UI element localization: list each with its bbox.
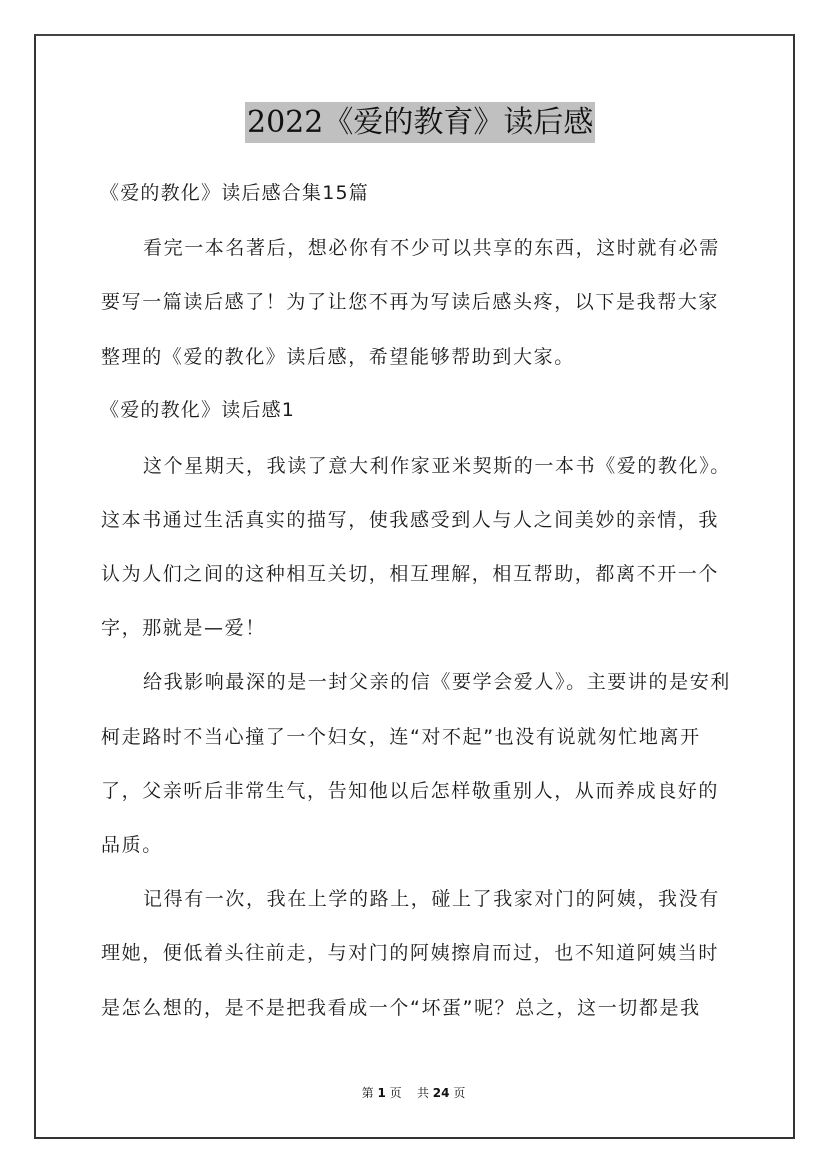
paragraph-line: 品质。 [101, 833, 163, 857]
paragraph-line: 这个星期天，我读了意大利作家亚米契斯的一本书《爱的教化》。 [143, 454, 731, 478]
section-heading: 《爱的教化》读后感1 [100, 398, 295, 422]
paragraph-line: 理她，便低着头往前走，与对门的阿姨擦肩而过，也不知道阿姨当时 [101, 941, 719, 965]
page-total: 24 [433, 1086, 450, 1100]
paragraph-line: 字，那就是—爱！ [101, 616, 266, 640]
paragraph-line: 给我影响最深的是一封父亲的信《要学会爱人》。主要讲的是安利 [143, 670, 731, 694]
intro-line: 整理的《爱的教化》读后感，希望能够帮助到大家。 [101, 345, 575, 369]
total-suffix: 页 [453, 1086, 465, 1100]
paragraph-line: 了，父亲听后非常生气，告知他以后怎样敬重别人，从而养成良好的 [101, 779, 719, 803]
document-subtitle: 《爱的教化》读后感合集15篇 [100, 181, 369, 205]
page-footer: 第 1 页 共 24 页 [0, 1084, 827, 1101]
paragraph-line: 柯走路时不当心撞了一个妇女，连“对不起”也没有说就匆忙地离开 [101, 725, 701, 749]
paragraph-line: 认为人们之间的这种相互关切，相互理解，相互帮助，都离不开一个 [101, 562, 719, 586]
page-current: 1 [377, 1086, 385, 1100]
page-prefix: 第 [362, 1086, 374, 1100]
page-suffix: 页 [390, 1086, 402, 1100]
paragraph-line: 记得有一次，我在上学的路上，碰上了我家对门的阿姨，我没有 [143, 887, 720, 911]
paragraph-line: 是怎么想的，是不是把我看成一个“坏蛋”呢？总之，这一切都是我 [101, 996, 701, 1020]
intro-line: 要写一篇读后感了！为了让您不再为写读后感头疼，以下是我帮大家 [101, 290, 719, 314]
document-title: 2022《爱的教育》读后感 [245, 102, 595, 143]
total-prefix: 共 [417, 1086, 429, 1100]
paragraph-line: 这本书通过生活真实的描写，使我感受到人与人之间美妙的亲情，我 [101, 508, 719, 532]
intro-line: 看完一本名著后，想必你有不少可以共享的东西，这时就有必需 [143, 236, 720, 260]
